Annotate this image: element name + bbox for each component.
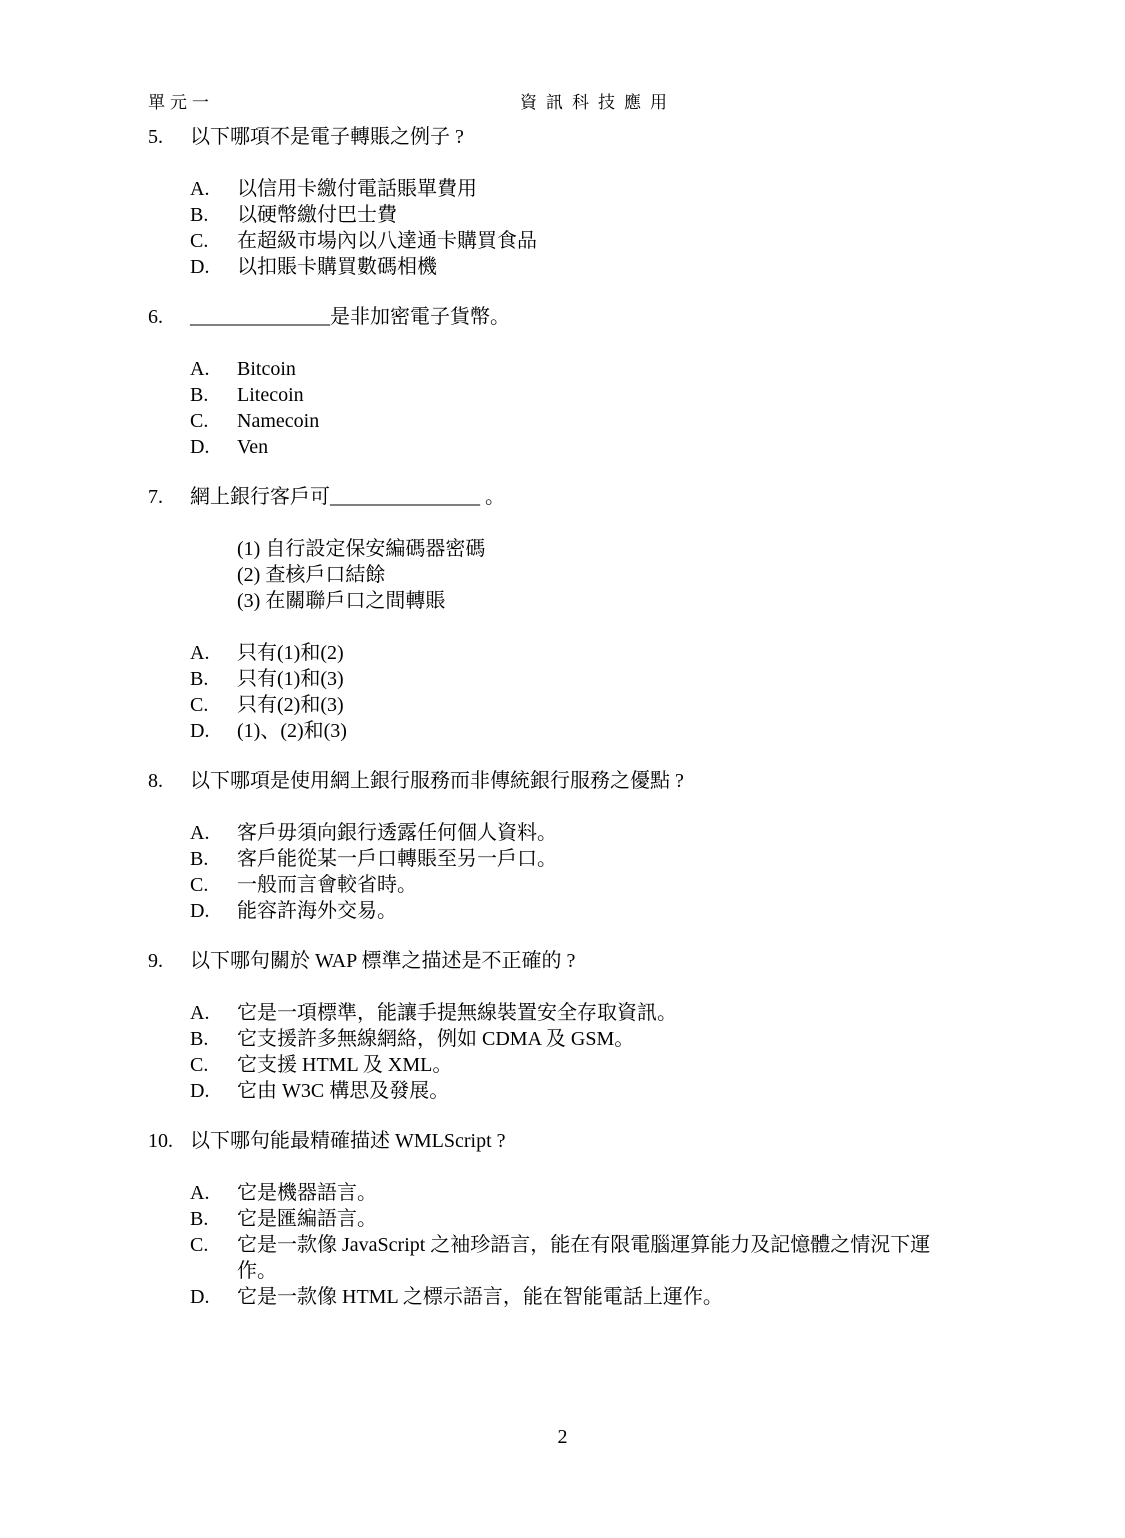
option-row: B.它是匯編語言。 — [190, 1206, 998, 1232]
option-row: C.一般而言會較省時。 — [190, 872, 998, 898]
question-block: 5.以下哪項不是電子轉賬之例子 ?A.以信用卡繳付電話賬單費用B.以硬幣繳付巴士… — [148, 124, 998, 280]
option-row: A.它是一項標準，能讓手提無線裝置安全存取資訊。 — [190, 1000, 998, 1026]
option-letter: B. — [190, 1026, 237, 1052]
question-text: ______________是非加密電子貨幣。 — [190, 304, 998, 330]
option-letter: C. — [190, 1052, 237, 1078]
option-letter: B. — [190, 666, 237, 692]
question-block: 7.網上銀行客戶可_______________ 。(1) 自行設定保安編碼器密… — [148, 484, 998, 744]
option-row: A.以信用卡繳付電話賬單費用 — [190, 176, 998, 202]
option-row: D.它由 W3C 構思及發展。 — [190, 1078, 998, 1104]
option-row: B.只有(1)和(3) — [190, 666, 998, 692]
option-text: 它支援許多無線網絡，例如 CDMA 及 GSM。 — [237, 1026, 634, 1052]
question-number: 5. — [148, 124, 190, 150]
question-row: 8.以下哪項是使用網上銀行服務而非傳統銀行服務之優點 ? — [148, 768, 998, 794]
question-subitem: (1) 自行設定保安編碼器密碼 — [237, 536, 998, 562]
options-list: A.它是機器語言。B.它是匯編語言。C.它是一款像 JavaScript 之袖珍… — [190, 1180, 998, 1310]
option-text: 它是一項標準，能讓手提無線裝置安全存取資訊。 — [237, 1000, 677, 1026]
option-row: B.以硬幣繳付巴士費 — [190, 202, 998, 228]
option-row: D.以扣賬卡購買數碼相機 — [190, 254, 998, 280]
question-row: 5.以下哪項不是電子轉賬之例子 ? — [148, 124, 998, 150]
header-title: 資訊科技應用 — [520, 90, 676, 116]
option-text: 它由 W3C 構思及發展。 — [237, 1078, 449, 1104]
option-text: 以硬幣繳付巴士費 — [237, 202, 397, 228]
question-text: 網上銀行客戶可_______________ 。 — [190, 484, 998, 510]
option-letter: B. — [190, 202, 237, 228]
option-row: D.它是一款像 HTML 之標示語言，能在智能電話上運作。 — [190, 1284, 998, 1310]
option-text: Namecoin — [237, 408, 319, 434]
option-letter: A. — [190, 1180, 237, 1206]
question-block: 8.以下哪項是使用網上銀行服務而非傳統銀行服務之優點 ?A.客戶毋須向銀行透露任… — [148, 768, 998, 924]
question-number: 7. — [148, 484, 190, 510]
option-text: 一般而言會較省時。 — [237, 872, 417, 898]
option-text: 它是機器語言。 — [237, 1180, 377, 1206]
option-row: C.在超級市場內以八達通卡購買食品 — [190, 228, 998, 254]
question-number: 10. — [148, 1128, 190, 1154]
option-row: B.Litecoin — [190, 382, 998, 408]
option-row: C.Namecoin — [190, 408, 998, 434]
option-row: B.客戶能從某一戶口轉賬至另一戶口。 — [190, 846, 998, 872]
option-text: 在超級市場內以八達通卡購買食品 — [237, 228, 537, 254]
option-text: 它是一款像 JavaScript 之袖珍語言，能在有限電腦運算能力及記憶體之情況… — [237, 1232, 957, 1284]
page-header: 單元一 資訊科技應用 — [148, 90, 1025, 116]
page-number: 2 — [558, 1426, 568, 1448]
option-row: D.(1)、(2)和(3) — [190, 718, 998, 744]
option-row: D.能容許海外交易。 — [190, 898, 998, 924]
option-text: 客戶能從某一戶口轉賬至另一戶口。 — [237, 846, 557, 872]
option-text: 以信用卡繳付電話賬單費用 — [237, 176, 477, 202]
options-list: A.它是一項標準，能讓手提無線裝置安全存取資訊。B.它支援許多無線網絡，例如 C… — [190, 1000, 998, 1104]
option-letter: C. — [190, 408, 237, 434]
option-letter: C. — [190, 872, 237, 898]
option-text: 只有(1)和(3) — [237, 666, 344, 692]
option-text: 它是匯編語言。 — [237, 1206, 377, 1232]
option-row: B.它支援許多無線網絡，例如 CDMA 及 GSM。 — [190, 1026, 998, 1052]
option-text: (1)、(2)和(3) — [237, 718, 347, 744]
option-text: 只有(2)和(3) — [237, 692, 344, 718]
option-text: Bitcoin — [237, 356, 296, 382]
question-number: 9. — [148, 948, 190, 974]
question-text: 以下哪句關於 WAP 標準之描述是不正確的 ? — [190, 948, 998, 974]
option-letter: A. — [190, 640, 237, 666]
options-list: A.BitcoinB.LitecoinC.NamecoinD.Ven — [190, 356, 998, 460]
question-row: 10.以下哪句能最精確描述 WMLScript ? — [148, 1128, 998, 1154]
option-letter: B. — [190, 1206, 237, 1232]
option-letter: C. — [190, 1232, 237, 1284]
question-subitem: (3) 在關聯戶口之間轉賬 — [237, 588, 998, 614]
option-text: 能容許海外交易。 — [237, 898, 397, 924]
option-letter: A. — [190, 1000, 237, 1026]
question-text: 以下哪項不是電子轉賬之例子 ? — [190, 124, 998, 150]
question-row: 9.以下哪句關於 WAP 標準之描述是不正確的 ? — [148, 948, 998, 974]
option-text: 它支援 HTML 及 XML。 — [237, 1052, 452, 1078]
option-letter: D. — [190, 254, 237, 280]
option-letter: B. — [190, 846, 237, 872]
option-row: C.它是一款像 JavaScript 之袖珍語言，能在有限電腦運算能力及記憶體之… — [190, 1232, 998, 1284]
option-row: C.它支援 HTML 及 XML。 — [190, 1052, 998, 1078]
option-row: A.它是機器語言。 — [190, 1180, 998, 1206]
question-block: 10.以下哪句能最精確描述 WMLScript ?A.它是機器語言。B.它是匯編… — [148, 1128, 998, 1310]
page-footer: 2 — [0, 1424, 1125, 1450]
questions-container: 5.以下哪項不是電子轉賬之例子 ?A.以信用卡繳付電話賬單費用B.以硬幣繳付巴士… — [148, 124, 998, 1334]
question-subitem: (2) 查核戶口結餘 — [237, 562, 998, 588]
question-block: 6.______________是非加密電子貨幣。A.BitcoinB.Lite… — [148, 304, 998, 460]
option-row: A.Bitcoin — [190, 356, 998, 382]
option-row: D.Ven — [190, 434, 998, 460]
option-row: C.只有(2)和(3) — [190, 692, 998, 718]
option-letter: B. — [190, 382, 237, 408]
option-text: 它是一款像 HTML 之標示語言，能在智能電話上運作。 — [237, 1284, 723, 1310]
option-text: 只有(1)和(2) — [237, 640, 344, 666]
options-list: A.以信用卡繳付電話賬單費用B.以硬幣繳付巴士費C.在超級市場內以八達通卡購買食… — [190, 176, 998, 280]
option-letter: A. — [190, 820, 237, 846]
document-page: 單元一 資訊科技應用 5.以下哪項不是電子轉賬之例子 ?A.以信用卡繳付電話賬單… — [0, 0, 1125, 1538]
option-text: Ven — [237, 434, 268, 460]
question-row: 7.網上銀行客戶可_______________ 。 — [148, 484, 998, 510]
option-text: 以扣賬卡購買數碼相機 — [237, 254, 437, 280]
question-block: 9.以下哪句關於 WAP 標準之描述是不正確的 ?A.它是一項標準，能讓手提無線… — [148, 948, 998, 1104]
option-letter: A. — [190, 356, 237, 382]
question-subitems: (1) 自行設定保安編碼器密碼(2) 查核戶口結餘(3) 在關聯戶口之間轉賬 — [237, 536, 998, 614]
options-list: A.客戶毋須向銀行透露任何個人資料。B.客戶能從某一戶口轉賬至另一戶口。C.一般… — [190, 820, 998, 924]
options-list: A.只有(1)和(2)B.只有(1)和(3)C.只有(2)和(3)D.(1)、(… — [190, 640, 998, 744]
question-number: 6. — [148, 304, 190, 330]
question-row: 6.______________是非加密電子貨幣。 — [148, 304, 998, 330]
header-unit-label: 單元一 — [148, 93, 214, 112]
option-letter: D. — [190, 1078, 237, 1104]
option-row: A.只有(1)和(2) — [190, 640, 998, 666]
option-letter: C. — [190, 692, 237, 718]
option-letter: A. — [190, 176, 237, 202]
question-text: 以下哪句能最精確描述 WMLScript ? — [190, 1128, 998, 1154]
option-letter: D. — [190, 1284, 237, 1310]
question-text: 以下哪項是使用網上銀行服務而非傳統銀行服務之優點 ? — [190, 768, 998, 794]
question-number: 8. — [148, 768, 190, 794]
option-text: Litecoin — [237, 382, 304, 408]
option-letter: D. — [190, 898, 237, 924]
option-letter: C. — [190, 228, 237, 254]
option-letter: D. — [190, 434, 237, 460]
option-row: A.客戶毋須向銀行透露任何個人資料。 — [190, 820, 998, 846]
option-text: 客戶毋須向銀行透露任何個人資料。 — [237, 820, 557, 846]
option-letter: D. — [190, 718, 237, 744]
